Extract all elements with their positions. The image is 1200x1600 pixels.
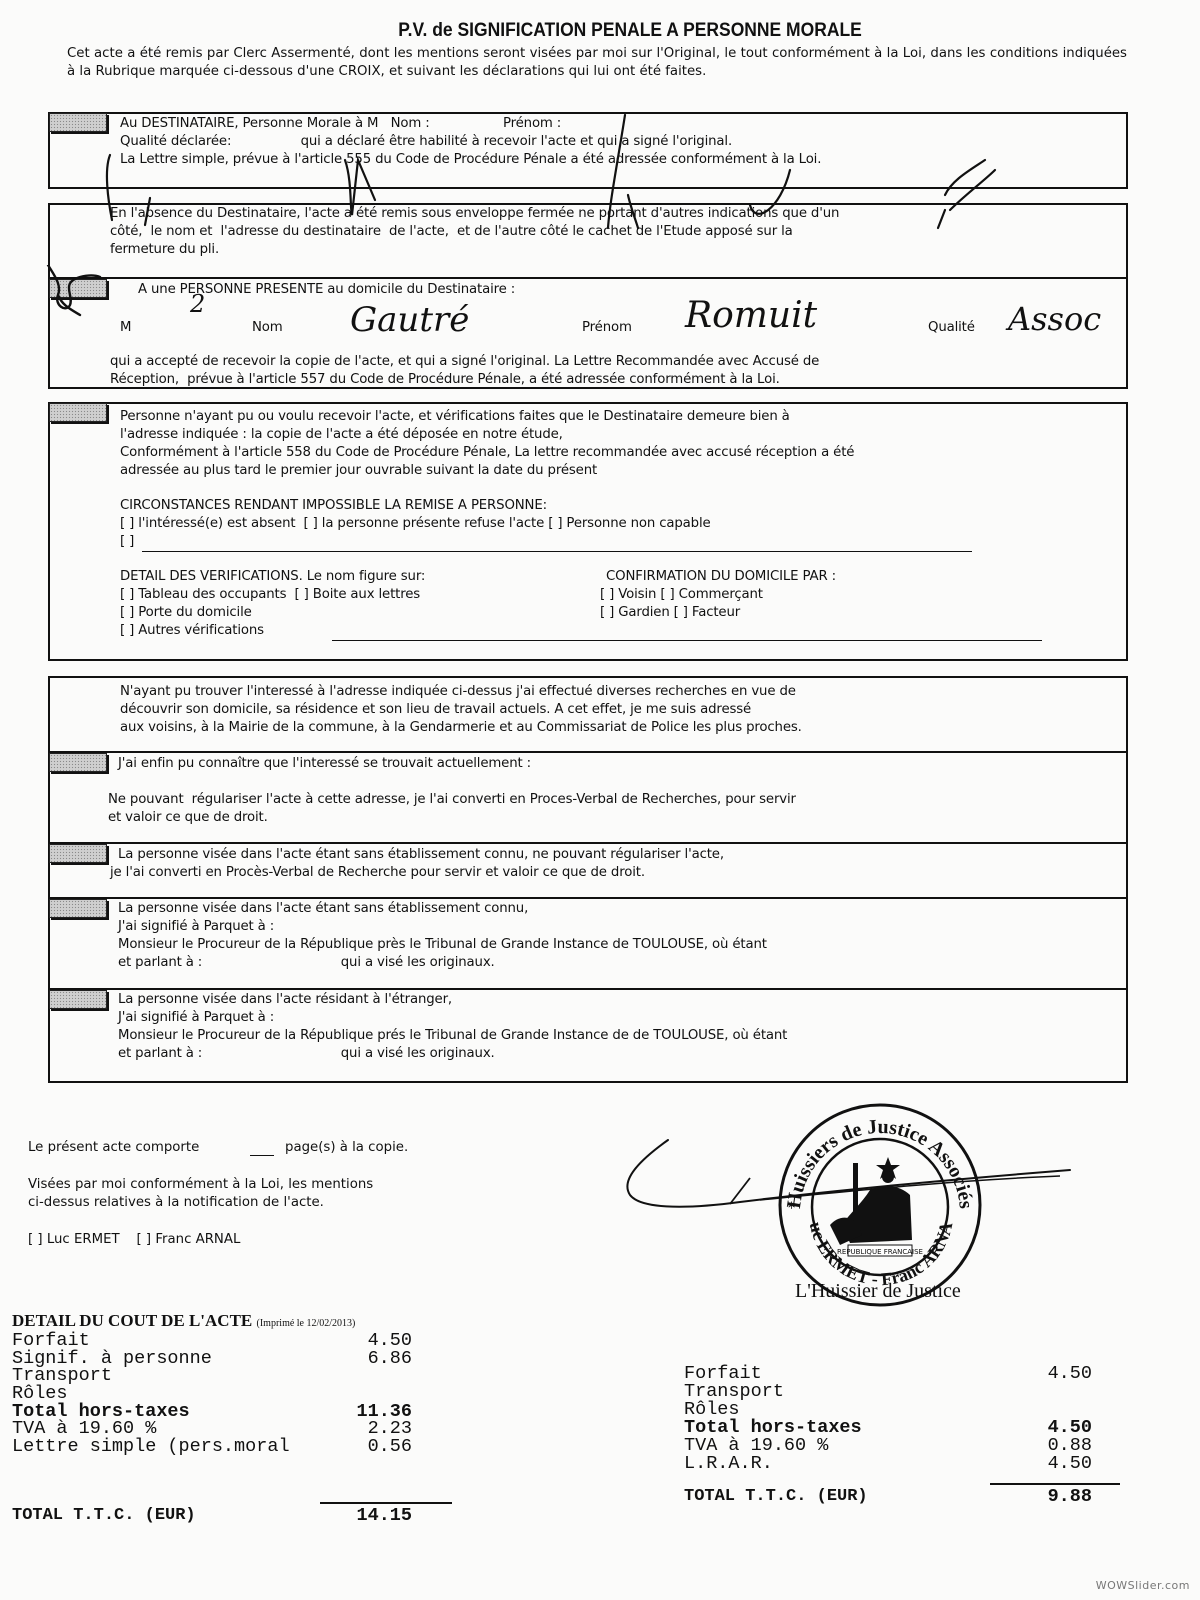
cost-left-label-6: Lettre simple (pers.moral (12, 1438, 290, 1456)
label-nom: Nom (252, 319, 283, 337)
vise-line2: ci-dessus relatives à la notification de… (28, 1194, 324, 1212)
present-line2: Réception, prévue à l'article 557 du Cod… (110, 371, 780, 389)
handwritten-qualite-value: Assoc (1008, 300, 1101, 338)
parquet-line1: La personne visée dans l'acte étant sans… (118, 900, 528, 918)
pages-prefix: Le présent acte comporte (28, 1139, 199, 1157)
verifications-row1[interactable]: [ ] Tableau des occupants [ ] Boite aux … (120, 586, 420, 604)
recherches-pv2: et valoir ce que de droit. (108, 809, 268, 827)
circonstances-other-line (142, 551, 972, 552)
checkbox-depot-etude[interactable] (49, 403, 107, 422)
cost-left-value-6: 0.56 (300, 1438, 412, 1456)
cost-left-label-5: TVA à 19.60 % (12, 1420, 156, 1438)
etranger-line4: et parlant à : qui a visé les originaux. (118, 1045, 495, 1063)
cost-right-total-value: 9.88 (980, 1488, 1092, 1506)
etranger-line2: J'ai signifié à Parquet à : (118, 1009, 274, 1027)
sans-etablissement-line2: je l'ai converti en Procès-Verbal de Rec… (110, 864, 645, 882)
cost-left-total-value: 14.15 (300, 1507, 412, 1525)
recherches-line1: N'ayant pu trouver l'interessé à l'adres… (120, 683, 796, 701)
cost-left-value-0: 4.50 (300, 1332, 412, 1350)
checkbox-sans-etablissement[interactable] (49, 844, 107, 863)
cost-right-label-2: Rôles (684, 1401, 740, 1419)
handwritten-prenom-value: Romuit (685, 295, 817, 336)
cost-right-label-1: Transport (684, 1383, 784, 1401)
verifications-row2[interactable]: [ ] Porte du domicile (120, 604, 252, 622)
huissier-checkboxes[interactable]: [ ] Luc ERMET [ ] Franc ARNAL (28, 1231, 240, 1249)
circonstances-options[interactable]: [ ] l'intéressé(e) est absent [ ] la per… (120, 515, 711, 533)
confirmation-heading: CONFIRMATION DU DOMICILE PAR : (606, 568, 836, 586)
present-line1: qui a accepté de recevoir la copie de l'… (110, 353, 819, 371)
divider (48, 277, 1128, 279)
cost-right-value-0: 4.50 (980, 1365, 1092, 1383)
cost-right-label-3: Total hors-taxes (684, 1419, 862, 1437)
parquet-line4: et parlant à : qui a visé les originaux. (118, 954, 495, 972)
depot-line3: Conformément à l'article 558 du Code de … (120, 444, 854, 462)
intro-paragraph: Cet acte a été remis par Clerc Asserment… (67, 45, 1127, 80)
cost-left-total-rule (320, 1502, 452, 1504)
absence-line3: fermeture du pli. (110, 241, 219, 259)
divider (48, 988, 1128, 990)
cost-left-label-0: Forfait (12, 1332, 90, 1350)
watermark: WOWSlider.com (1096, 1579, 1190, 1592)
handwritten-cross-mark-icon (40, 265, 110, 325)
sans-etablissement-line1: La personne visée dans l'acte étant sans… (118, 846, 724, 864)
handwritten-signature (600, 1130, 1080, 1220)
label-m: M (120, 319, 131, 337)
divider (48, 751, 1128, 753)
confirmation-row1[interactable]: [ ] Voisin [ ] Commerçant (600, 586, 763, 604)
cost-left-total-label: TOTAL T.T.C. (EUR) (12, 1507, 196, 1525)
etranger-line3: Monsieur le Procureur de la République p… (118, 1027, 787, 1045)
cost-right-value-5: 4.50 (980, 1455, 1092, 1473)
recherches-pv1: Ne pouvant régulariser l'acte à cette ad… (108, 791, 796, 809)
stamp-center-text: REPUBLIQUE FRANCAISE (837, 1248, 923, 1256)
parquet-line2: J'ai signifié à Parquet à : (118, 918, 274, 936)
cost-right-total-rule (990, 1483, 1120, 1485)
label-prenom: Prénom (582, 319, 632, 337)
checkbox-adresse-trouvee[interactable] (49, 753, 107, 772)
vise-line1: Visées par moi conformément à la Loi, le… (28, 1176, 373, 1194)
printed-date: (Imprimé le 12/02/2013) (257, 1318, 356, 1329)
label-qualite: Qualité (928, 319, 975, 337)
cost-left-value-1: 6.86 (300, 1350, 412, 1368)
divider (48, 897, 1128, 899)
cost-right-label-0: Forfait (684, 1365, 762, 1383)
pages-suffix: page(s) à la copie. (285, 1139, 408, 1157)
etranger-line1: La personne visée dans l'acte résidant à… (118, 991, 452, 1009)
cost-heading: DETAIL DU COUT DE L'ACTE (Imprimé le 12/… (12, 1311, 355, 1331)
parquet-line3: Monsieur le Procureur de la République p… (118, 936, 767, 954)
cost-right-value-3: 4.50 (980, 1419, 1092, 1437)
absence-line2: côté, le nom et l'adresse du destinatair… (110, 223, 793, 241)
cost-left-label-3: Rôles (12, 1385, 68, 1403)
signature-label: L'Huissier de Justice (795, 1280, 961, 1303)
cost-right-label-4: TVA à 19.60 % (684, 1437, 828, 1455)
depot-line4: adressée au plus tard le premier jour ou… (120, 462, 597, 480)
recherches-found: J'ai enfin pu connaître que l'interessé … (118, 755, 531, 773)
circonstances-heading: CIRCONSTANCES RENDANT IMPOSSIBLE LA REMI… (120, 497, 547, 515)
verifications-heading: DETAIL DES VERIFICATIONS. Le nom figure … (120, 568, 425, 586)
circonstances-other-checkbox[interactable]: [ ] (120, 533, 134, 551)
pages-count-field[interactable] (250, 1155, 274, 1156)
verifications-row3[interactable]: [ ] Autres vérifications (120, 622, 264, 640)
checkbox-parquet[interactable] (49, 899, 107, 918)
checkbox-etranger[interactable] (49, 990, 107, 1009)
confirmation-row2[interactable]: [ ] Gardien [ ] Facteur (600, 604, 740, 622)
cost-left-label-2: Transport (12, 1367, 112, 1385)
cost-right-value-4: 0.88 (980, 1437, 1092, 1455)
document-title: P.V. de SIGNIFICATION PENALE A PERSONNE … (50, 20, 1200, 42)
cost-right-total-label: TOTAL T.T.C. (EUR) (684, 1488, 868, 1506)
divider (48, 842, 1128, 844)
absence-line1: En l'absence du Destinataire, l'acte a é… (110, 205, 839, 223)
cost-right-label-5: L.R.A.R. (684, 1455, 773, 1473)
recherches-line2: découvrir son domicile, sa résidence et … (120, 701, 751, 719)
cost-left-value-5: 2.23 (300, 1420, 412, 1438)
handwritten-m-value: 2 (190, 290, 205, 318)
recherches-line3: aux voisins, à la Mairie de la commune, … (120, 719, 802, 737)
depot-line2: l'adresse indiquée : la copie de l'acte … (120, 426, 563, 444)
autres-verifications-line (332, 640, 1042, 641)
cost-heading-text: DETAIL DU COUT DE L'ACTE (12, 1311, 252, 1330)
handwritten-nom-value: Gautré (350, 300, 469, 340)
depot-line1: Personne n'ayant pu ou voulu recevoir l'… (120, 408, 790, 426)
